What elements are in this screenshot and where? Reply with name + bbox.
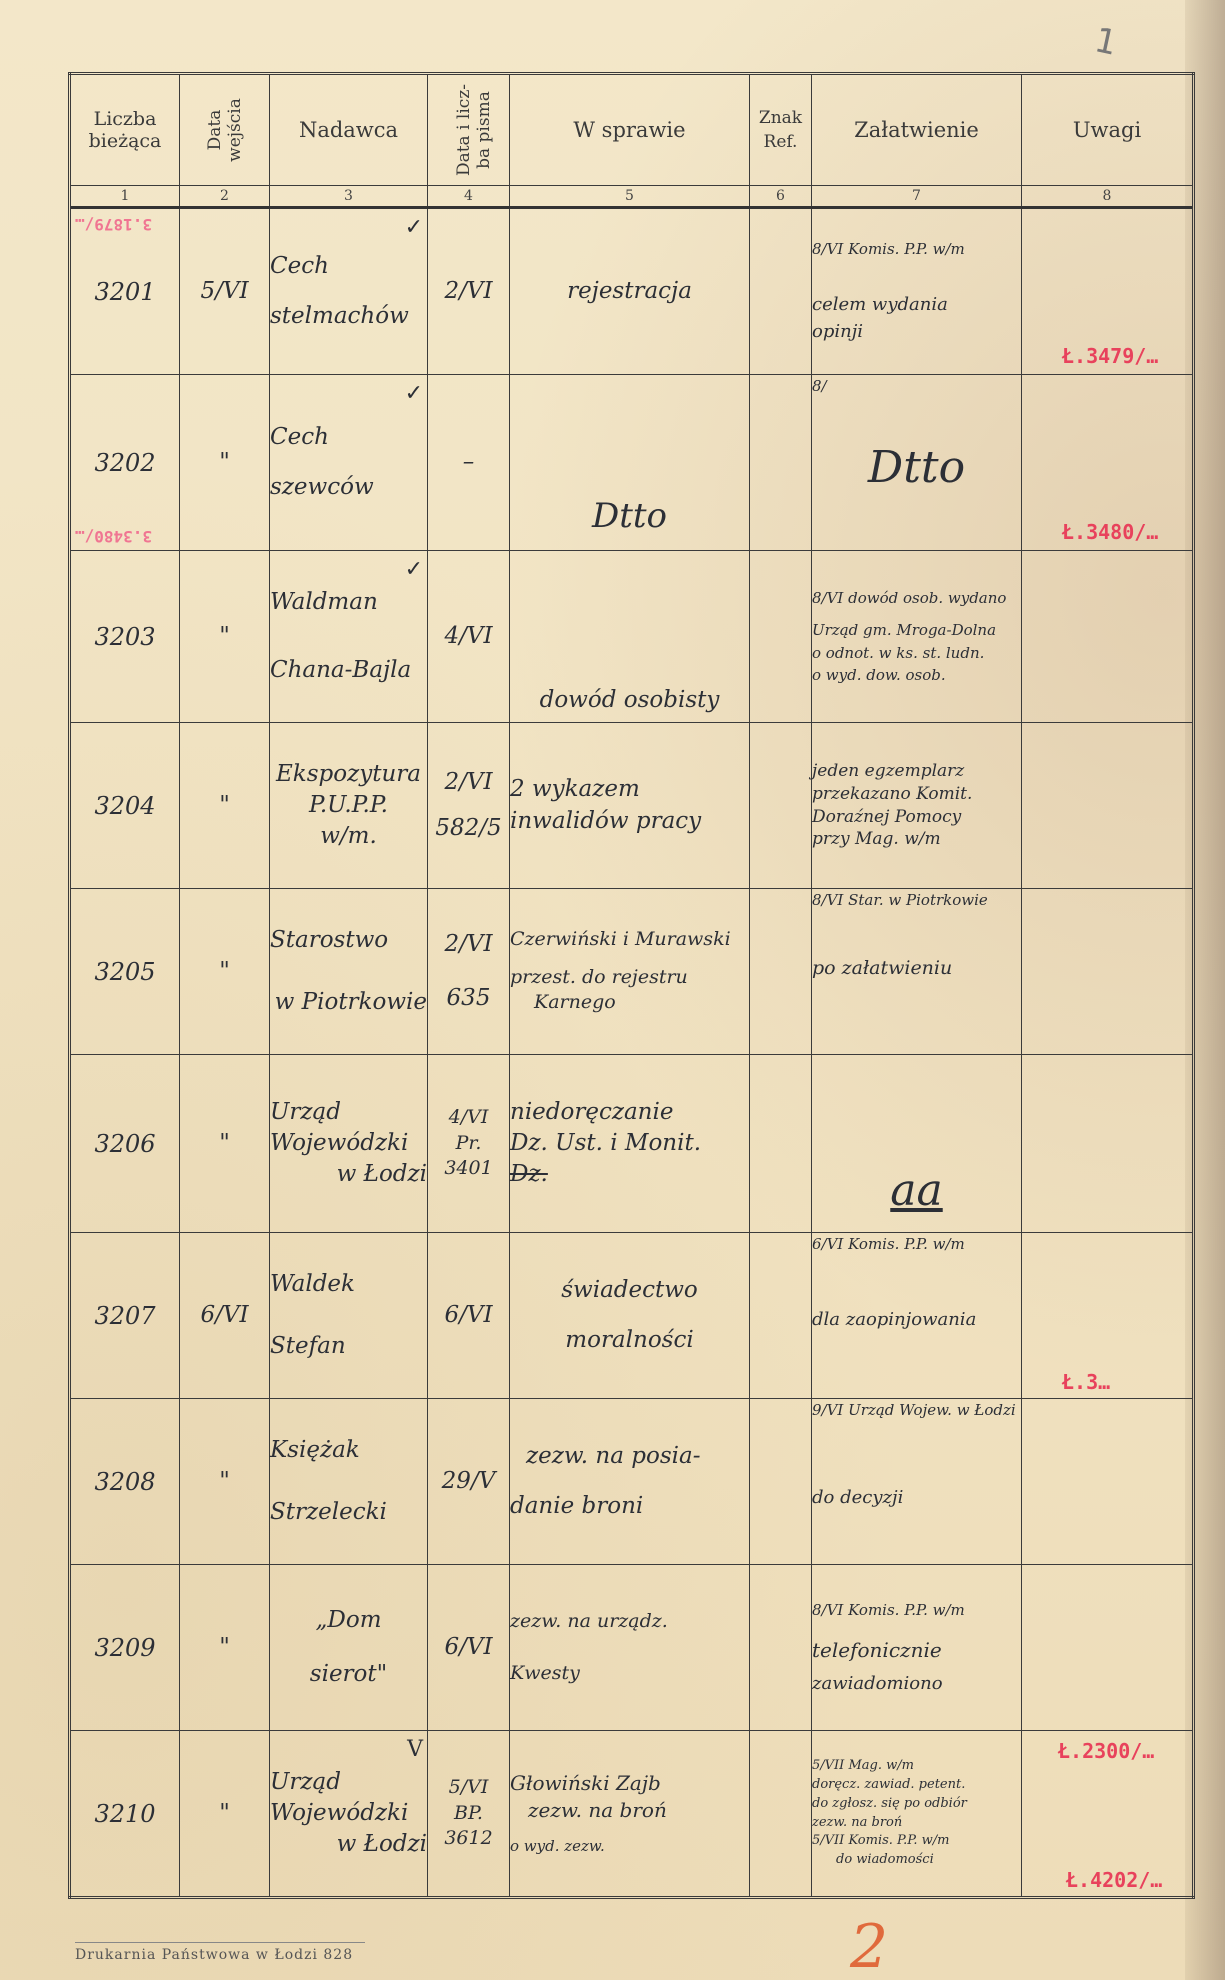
- red-stamp-number: Ł.2300/…: [1058, 1739, 1154, 1763]
- resolution-cell: jeden egzemplarzprzekazano Komit. Doraźn…: [812, 723, 1022, 889]
- entry-number-cell: 3204: [70, 723, 180, 889]
- letter-date-cell: 6/VI: [428, 1233, 510, 1399]
- subject-cell: niedoręczanieDz. Ust. i Monit. Dz.: [510, 1055, 750, 1233]
- entry-date-cell: ": [180, 1731, 270, 1898]
- table-row: 3207 6/VI WaldekStefan 6/VI świadectwomo…: [70, 1233, 1194, 1399]
- bottom-page-number: 2: [850, 1912, 888, 1980]
- column-number: 5: [510, 186, 750, 208]
- sender-cell: „Domsierot": [270, 1565, 428, 1731]
- resolution-cell: 8/VI Komis. P.P. w/m telefonicznie zawia…: [812, 1565, 1022, 1731]
- pink-stamp: 3.1879/…: [75, 215, 152, 234]
- resolution-cell: aa: [812, 1055, 1022, 1233]
- table-row: 3202 3.3480/… " ✓ Cechszewców – Dtto 8/ …: [70, 375, 1194, 551]
- entry-date-cell: ": [180, 375, 270, 551]
- subject-cell: świadectwomoralności: [510, 1233, 750, 1399]
- checkmark-icon: ✓: [405, 213, 423, 243]
- sender-cell: ✓ Cechstelmachów: [270, 208, 428, 375]
- column-number: 7: [812, 186, 1022, 208]
- red-stamp-number: Ł.4202/…: [1066, 1868, 1162, 1892]
- table-row: 3206 " UrządWojewódzki w Łodzi 4/VIPr.34…: [70, 1055, 1194, 1233]
- entry-number-cell: 3208: [70, 1399, 180, 1565]
- header-znak-ref: ZnakRef.: [750, 74, 812, 186]
- remarks-cell: Ł.3…: [1022, 1233, 1194, 1399]
- column-number: 2: [180, 186, 270, 208]
- sender-cell: V UrządWojewódzki w Łodzi: [270, 1731, 428, 1898]
- table-row: 3209 " „Domsierot" 6/VI zezw. na urządz.…: [70, 1565, 1194, 1731]
- subject-cell: zezw. na posia-danie broni: [510, 1399, 750, 1565]
- entry-number-cell: 3205: [70, 889, 180, 1055]
- red-stamp-number: Ł.3479/…: [1062, 344, 1158, 368]
- ref-cell: [750, 208, 812, 375]
- letter-date-cell: 6/VI: [428, 1565, 510, 1731]
- entry-number-cell: 3202 3.3480/…: [70, 375, 180, 551]
- sender-cell: ✓ Cechszewców: [270, 375, 428, 551]
- ref-cell: [750, 1565, 812, 1731]
- subject-cell: Czerwiński i Murawskiprzest. do rejestru…: [510, 889, 750, 1055]
- letter-date-cell: 2/VI582/5: [428, 723, 510, 889]
- letter-date-cell: 2/VI635: [428, 889, 510, 1055]
- sender-cell: EkspozyturaP.U.P.P.w/m.: [270, 723, 428, 889]
- table-row: 3210 " V UrządWojewódzki w Łodzi 5/VIBP.…: [70, 1731, 1194, 1898]
- ref-cell: [750, 551, 812, 723]
- subject-cell: rejestracja: [510, 208, 750, 375]
- subject-cell: dowód osobisty: [510, 551, 750, 723]
- resolution-cell: 8/VI Star. w Piotrkowie po załatwieniu: [812, 889, 1022, 1055]
- checkmark-icon: V: [407, 1735, 423, 1765]
- column-number: 6: [750, 186, 812, 208]
- column-number-row: 1 2 3 4 5 6 7 8: [70, 186, 1194, 208]
- ref-cell: [750, 889, 812, 1055]
- ref-cell: [750, 1399, 812, 1565]
- ref-cell: [750, 1055, 812, 1233]
- red-stamp-number: Ł.3480/…: [1062, 520, 1158, 544]
- header-zalatwienie: Załatwienie: [812, 74, 1022, 186]
- entry-date-cell: ": [180, 551, 270, 723]
- top-page-number: 1: [1091, 20, 1120, 64]
- entry-date-cell: ": [180, 723, 270, 889]
- remarks-cell: [1022, 1399, 1194, 1565]
- subject-cell: Dtto: [510, 375, 750, 551]
- column-number: 1: [70, 186, 180, 208]
- entry-date-cell: ": [180, 1565, 270, 1731]
- table-row: 3203 " ✓ WaldmanChana-Bajla 4/VI dowód o…: [70, 551, 1194, 723]
- letter-date-cell: 5/VIBP.3612: [428, 1731, 510, 1898]
- table-row: 3208 " KsiężakStrzelecki 29/V zezw. na p…: [70, 1399, 1194, 1565]
- column-number: 8: [1022, 186, 1194, 208]
- subject-cell: zezw. na urządz.Kwesty: [510, 1565, 750, 1731]
- resolution-cell: 5/VII Mag. w/mdoręcz. zawiad. petent. do…: [812, 1731, 1022, 1898]
- ref-cell: [750, 723, 812, 889]
- letter-date-cell: 4/VIPr.3401: [428, 1055, 510, 1233]
- resolution-cell: 9/VI Urząd Wojew. w Łodzi do decyzji: [812, 1399, 1022, 1565]
- remarks-cell: Ł.3480/…: [1022, 375, 1194, 551]
- table-row: 3205 " Starostwow Piotrkowie 2/VI635 Cze…: [70, 889, 1194, 1055]
- entry-date-cell: ": [180, 1055, 270, 1233]
- entry-number-cell: 3.1879/… 3201: [70, 208, 180, 375]
- remarks-cell: [1022, 1055, 1194, 1233]
- table-row: 3.1879/… 3201 5/VI ✓ Cechstelmachów 2/VI…: [70, 208, 1194, 375]
- entry-number-cell: 3203: [70, 551, 180, 723]
- printer-imprint: Drukarnia Państwowa w Łodzi 828: [75, 1942, 365, 1963]
- sender-cell: UrządWojewódzki w Łodzi: [270, 1055, 428, 1233]
- letter-date-cell: 4/VI: [428, 551, 510, 723]
- entry-number-cell: 3206: [70, 1055, 180, 1233]
- remarks-cell: [1022, 723, 1194, 889]
- ref-cell: [750, 1233, 812, 1399]
- remarks-cell: [1022, 551, 1194, 723]
- header-data-wejscia: Datawejścia: [180, 74, 270, 186]
- remarks-cell: Ł.3479/…: [1022, 208, 1194, 375]
- header-uwagi: Uwagi: [1022, 74, 1194, 186]
- entry-date-cell: ": [180, 889, 270, 1055]
- header-data-i-liczba-pisma: Data i licz-ba pisma: [428, 74, 510, 186]
- sender-cell: ✓ WaldmanChana-Bajla: [270, 551, 428, 723]
- table-row: 3204 " EkspozyturaP.U.P.P.w/m. 2/VI582/5…: [70, 723, 1194, 889]
- pink-stamp: 3.3480/…: [75, 527, 152, 546]
- entry-date-cell: 6/VI: [180, 1233, 270, 1399]
- remarks-cell: Ł.2300/… Ł.4202/…: [1022, 1731, 1194, 1898]
- header-nadawca: Nadawca: [270, 74, 428, 186]
- checkmark-icon: ✓: [405, 555, 423, 585]
- letter-date-cell: 2/VI: [428, 208, 510, 375]
- entry-number-cell: 3207: [70, 1233, 180, 1399]
- ref-cell: [750, 375, 812, 551]
- resolution-cell: 8/VI Komis. P.P. w/m celem wydania opinj…: [812, 208, 1022, 375]
- resolution-cell: 8/VI dowód osob. wydano Urząd gm. Mroga-…: [812, 551, 1022, 723]
- subject-cell: Głowiński Zajb zezw. na broń o wyd. zezw…: [510, 1731, 750, 1898]
- red-stamp-number: Ł.3…: [1062, 1370, 1110, 1394]
- subject-cell: 2 wykazeminwalidów pracy: [510, 723, 750, 889]
- resolution-cell: 6/VI Komis. P.P. w/m dla zaopinjowania: [812, 1233, 1022, 1399]
- remarks-cell: [1022, 1565, 1194, 1731]
- checkmark-icon: ✓: [405, 379, 423, 409]
- resolution-cell: 8/ Dtto: [812, 375, 1022, 551]
- sender-cell: WaldekStefan: [270, 1233, 428, 1399]
- column-number: 3: [270, 186, 428, 208]
- letter-date-cell: –: [428, 375, 510, 551]
- remarks-cell: [1022, 889, 1194, 1055]
- letter-date-cell: 29/V: [428, 1399, 510, 1565]
- entry-number-cell: 3210: [70, 1731, 180, 1898]
- sender-cell: KsiężakStrzelecki: [270, 1399, 428, 1565]
- header-row: Liczba bieżąca Datawejścia Nadawca Data …: [70, 74, 1194, 186]
- entry-date-cell: 5/VI: [180, 208, 270, 375]
- column-number: 4: [428, 186, 510, 208]
- header-w-sprawie: W sprawie: [510, 74, 750, 186]
- entry-number-cell: 3209: [70, 1565, 180, 1731]
- ledger-page: 1 Liczba bieżąca Datawejścia Nadawca Dat…: [0, 0, 1225, 1980]
- entry-date-cell: ": [180, 1399, 270, 1565]
- header-liczba-biezaca: Liczba bieżąca: [70, 74, 180, 186]
- correspondence-register-table: Liczba bieżąca Datawejścia Nadawca Data …: [68, 72, 1195, 1899]
- ref-cell: [750, 1731, 812, 1898]
- sender-cell: Starostwow Piotrkowie: [270, 889, 428, 1055]
